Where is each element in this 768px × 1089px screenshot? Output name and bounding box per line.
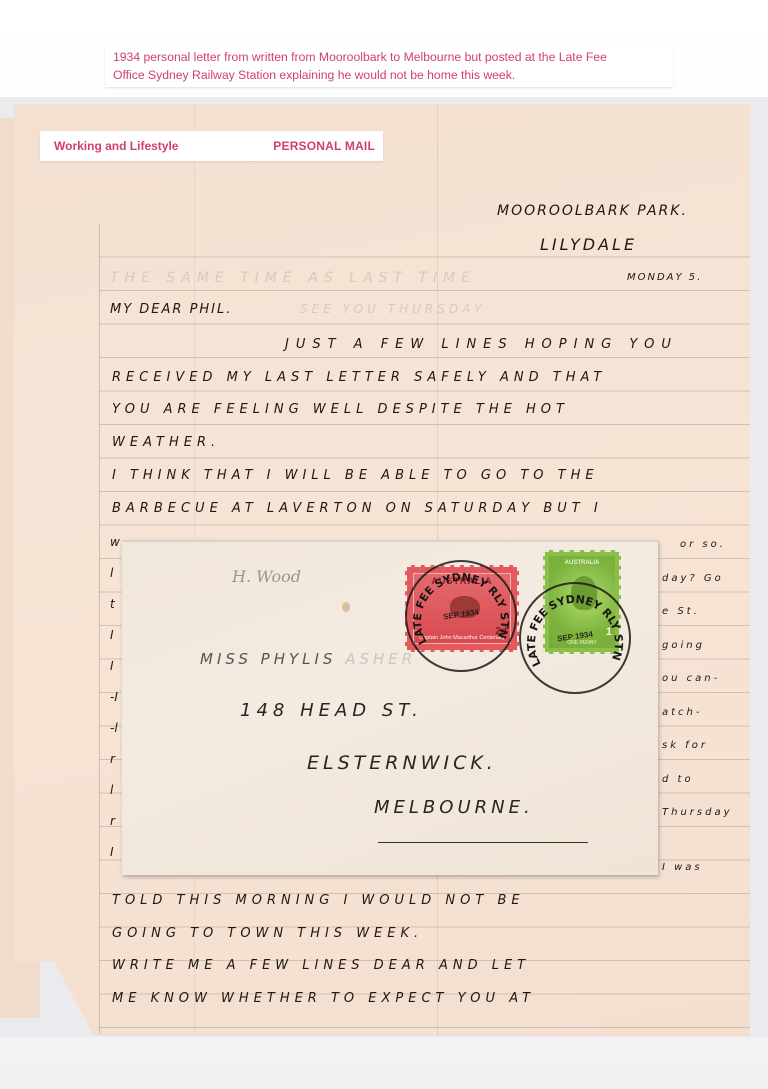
- recipient-name: Miss Phylis Asher: [200, 650, 416, 668]
- letter-fragment: -l: [110, 721, 118, 735]
- letter-line: Just a few lines hoping you: [285, 337, 678, 352]
- address-underline: [378, 842, 588, 843]
- letter-date: Monday 5.: [627, 272, 702, 283]
- letter-fragment: e St.: [662, 606, 700, 617]
- ghost-text: see you Thursday: [300, 302, 486, 316]
- letter-fragment: or so.: [680, 539, 726, 550]
- postmark-icon: LATE FEE SYDNEY RLY STN SEP 1934: [519, 582, 631, 694]
- letter-fragment: r: [110, 814, 115, 828]
- letter-fragment: Thursday: [662, 807, 733, 818]
- stamp-country: AUSTRALIA: [549, 560, 615, 566]
- letter-fragment: -I: [110, 690, 118, 704]
- category-label: Working and Lifestyle: [54, 139, 178, 153]
- letter-fragment: l: [110, 783, 113, 797]
- letter-fragment: l: [110, 566, 113, 580]
- letter-fragment: atch-: [662, 707, 703, 718]
- recipient-street: 148 Head St.: [240, 700, 423, 721]
- caption-line-2: Office Sydney Railway Station explaining…: [113, 66, 673, 84]
- letter-line: going to town this week.: [112, 926, 423, 941]
- exhibit-caption: 1934 personal letter from written from M…: [105, 45, 673, 87]
- letter-line: barbecue at Laverton on Saturday but I: [112, 501, 603, 516]
- letter-fragment: t: [110, 597, 115, 611]
- letter-fragment: I was: [662, 862, 703, 873]
- letter-fragment: I: [110, 628, 114, 642]
- letter-line: I think that I will be able to go to the: [112, 468, 599, 483]
- caption-line-1: 1934 personal letter from written from M…: [113, 48, 673, 66]
- letter-fragment: I: [110, 845, 114, 859]
- letter-line: weather.: [112, 435, 220, 450]
- letter-greeting: My Dear Phil.: [110, 302, 232, 317]
- envelope-sender: H. Wood: [232, 567, 301, 586]
- letter-line: told this morning I would not be: [112, 893, 525, 908]
- ghost-text: The same time as last time: [110, 270, 476, 286]
- letter-line: Write me a few lines dear and let: [112, 958, 530, 973]
- letter-line: received my last letter safely and that: [112, 370, 606, 385]
- letter-address-line-2: Lilydale: [540, 235, 637, 254]
- category-tag-bar: Working and Lifestyle PERSONAL MAIL: [40, 131, 383, 161]
- letter-fragment: going: [662, 640, 705, 651]
- letter-fragment: r: [110, 752, 115, 766]
- letter-fragment: w: [110, 535, 120, 549]
- letter-fragment: ou can-: [662, 673, 720, 684]
- recipient-suburb: Elsternwick.: [307, 752, 497, 774]
- letter-line: me know whether to expect you at: [112, 991, 535, 1006]
- envelope: H. Wood AUSTRALIA 2d Captain John Macart…: [122, 540, 658, 875]
- recipient-city: Melbourne.: [374, 797, 534, 818]
- letter-fragment: d to: [662, 774, 694, 785]
- letter-address-line-1: Mooroolbark Park.: [497, 203, 688, 219]
- postmark-icon: LATE FEE SYDNEY RLY STN SEP 1934: [405, 560, 517, 672]
- envelope-stain: [342, 602, 350, 612]
- letter-line: you are feeling well despite the hot: [112, 402, 569, 417]
- letter-fragment: I: [110, 659, 114, 673]
- section-label: PERSONAL MAIL: [273, 139, 375, 153]
- letter-fragment: sk for: [662, 740, 708, 751]
- letter-fragment: day? Go: [662, 573, 724, 584]
